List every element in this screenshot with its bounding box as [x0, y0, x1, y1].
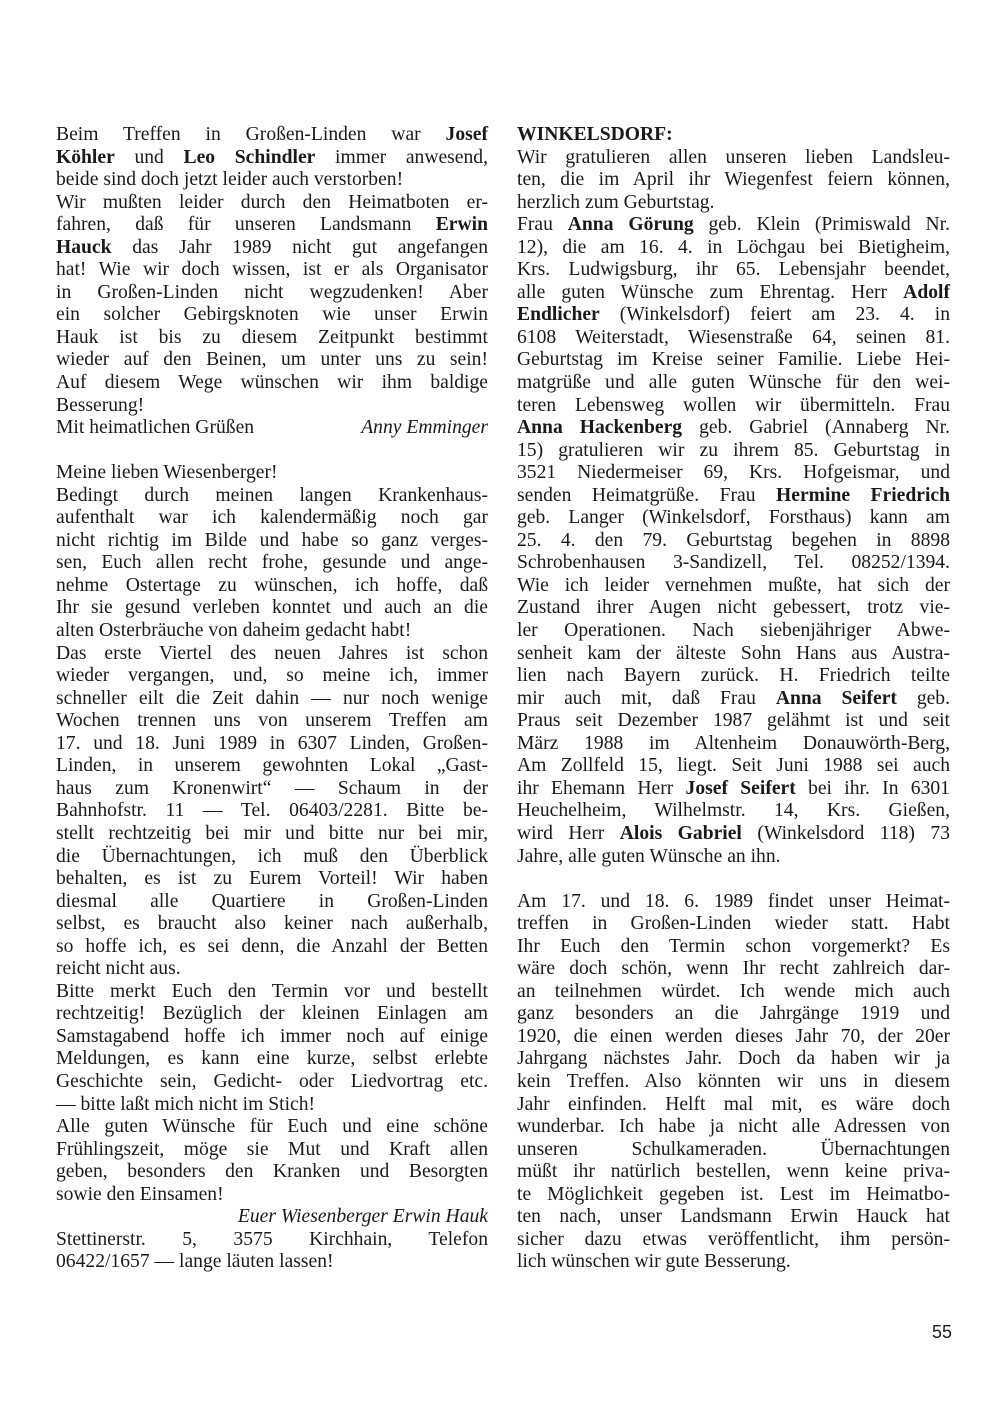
- text-line: senden Heimatgrüße. Frau Hermine Friedri…: [517, 485, 950, 508]
- text-line: müßt ihr natürlich bestellen, wenn keine…: [517, 1161, 950, 1184]
- text-line: März 1988 im Altenheim Donauwörth-Berg,: [517, 733, 950, 756]
- bold-name: Anna Seifert: [776, 688, 897, 709]
- text-run: Alle guten Wünsche für Euch und eine sch…: [56, 1116, 488, 1137]
- text-line: hat! Wie wir doch wissen, ist er als Org…: [56, 259, 488, 282]
- text-line: wieder auf den Beinen, um unter uns zu s…: [56, 349, 488, 372]
- salutation: Meine lieben Wiesenberger!: [56, 462, 488, 485]
- text-run: lien nach Bayern zurück. H. Friedrich te…: [517, 665, 950, 686]
- text-line: 25. 4. den 79. Geburtstag begehen in 889…: [517, 530, 950, 553]
- text-line: kein Treffen. Also könnten wir uns in di…: [517, 1071, 950, 1094]
- text-line: Geburtstag im Kreise seiner Familie. Lie…: [517, 349, 950, 372]
- text-run: Frühlingszeit, möge sie Mut und Kraft al…: [56, 1139, 488, 1160]
- text-line: Jahre, alle guten Wünsche an ihn.: [517, 846, 950, 869]
- text-run: teren Lebensweg wollen wir übermitteln. …: [517, 395, 950, 416]
- bold-name: Köhler: [56, 147, 115, 168]
- blank-line: [56, 440, 488, 463]
- text-run: ihr Ehemann Herr: [517, 778, 686, 799]
- text-line: sicher dazu etwas veröffentlicht, ihm pe…: [517, 1229, 950, 1252]
- text-run: Krs. Ludwigsburg, ihr 65. Lebensjahr bee…: [517, 259, 950, 280]
- text-run: ten nach, unser Landsmann Erwin Hauck ha…: [517, 1206, 950, 1227]
- text-line: lich wünschen wir gute Besserung.: [517, 1251, 950, 1274]
- text-run: alten Osterbräuche von daheim gedacht ha…: [56, 620, 411, 641]
- text-run: Meldungen, es kann eine kurze, selbst er…: [56, 1048, 488, 1069]
- text-run: wieder vergangen, und, so meine ich, imm…: [56, 665, 488, 686]
- text-run: geben, besonders den Kranken und Besorgt…: [56, 1161, 488, 1182]
- text-run: Jahre, alle guten Wünsche an ihn.: [517, 846, 781, 867]
- text-line: te Möglichkeit gegeben ist. Lest im Heim…: [517, 1184, 950, 1207]
- text-line: 1920, die einen werden dieses Jahr 70, d…: [517, 1026, 950, 1049]
- text-line: teren Lebensweg wollen wir übermitteln. …: [517, 395, 950, 418]
- text-run: wieder auf den Beinen, um unter uns zu s…: [56, 349, 488, 370]
- text-line: ihr Ehemann Herr Josef Seifert bei ihr. …: [517, 778, 950, 801]
- text-line: Besserung!: [56, 395, 488, 418]
- text-run: Bedingt durch meinen langen Krankenhaus-: [56, 485, 488, 506]
- text-run: Ihr Euch den Termin schon vorgemerkt? Es: [517, 936, 950, 957]
- text-run: reicht nicht aus.: [56, 958, 181, 979]
- text-line: unseren Schulkameraden. Übernachtungen: [517, 1139, 950, 1162]
- text-run: wird Herr: [517, 823, 620, 844]
- text-line: alle guten Wünsche zum Ehrentag. Herr Ad…: [517, 282, 950, 305]
- text-run: 12), die am 16. 4. in Löchgau bei Bietig…: [517, 237, 950, 258]
- text-line: Am 17. und 18. 6. 1989 findet unser Heim…: [517, 891, 950, 914]
- address-line-1: Stettinerstr. 5, 3575 Kirchhain, Telefon: [56, 1229, 488, 1252]
- blank-line: [517, 868, 950, 891]
- page-number: 55: [932, 1322, 952, 1343]
- right-column: WINKELSDORF: Wir gratulieren allen unser…: [517, 124, 950, 1274]
- text-run: kein Treffen. Also könnten wir uns in di…: [517, 1071, 950, 1092]
- text-run: Samstagabend hoffe ich immer noch auf ei…: [56, 1026, 488, 1047]
- text-run: sowie den Einsamen!: [56, 1184, 224, 1205]
- text-run: (Winkelsdord 118) 73: [742, 823, 950, 844]
- text-run: wäre doch schön, wenn Ihr recht zahlreic…: [517, 958, 950, 979]
- text-line: Alle guten Wünsche für Euch und eine sch…: [56, 1116, 488, 1139]
- text-line: 17. und 18. Juni 1989 in 6307 Linden, Gr…: [56, 733, 488, 756]
- text-line: Hauk ist bis zu diesem Zeitpunkt bestimm…: [56, 327, 488, 350]
- text-line: fahren, daß für unseren Landsmann Erwin: [56, 214, 488, 237]
- text-line: Wochen trennen uns von unserem Treffen a…: [56, 710, 488, 733]
- text-line: so hoffe ich, es sei denn, die Anzahl de…: [56, 936, 488, 959]
- bold-name: Erwin: [436, 214, 488, 235]
- text-run: rechtzeitig! Bezüglich der kleinen Einla…: [56, 1003, 488, 1024]
- text-run: Ihr sie gesund verleben konntet und auch…: [56, 597, 488, 618]
- bold-name: Josef: [446, 124, 488, 145]
- text-line: Jahrgang nächstes Jahr. Doch da haben wi…: [517, 1048, 950, 1071]
- text-line: die Übernachtungen, ich muß den Überblic…: [56, 846, 488, 869]
- bold-name: Josef Seifert: [686, 778, 796, 799]
- reunion-announcement: Am 17. und 18. 6. 1989 findet unser Heim…: [517, 891, 950, 1274]
- text-run: Beim Treffen in Großen-Linden war: [56, 124, 446, 145]
- text-run: geb. Klein (Primiswald Nr.: [694, 214, 950, 235]
- text-run: alle guten Wünsche zum Ehrentag. Herr: [517, 282, 903, 303]
- bold-name: Alois Gabriel: [620, 823, 742, 844]
- text-line: Linden, in unserem gewohnten Lokal „Gast…: [56, 755, 488, 778]
- text-run: in Großen-Linden nicht wegzudenken! Aber: [56, 282, 488, 303]
- text-line: Geschichte sein, Gedicht- oder Liedvortr…: [56, 1071, 488, 1094]
- text-line: nehme Ostertage zu wünschen, ich hoffe, …: [56, 575, 488, 598]
- letter-hauk: Bedingt durch meinen langen Krankenhaus-…: [56, 485, 488, 1207]
- text-line: in Großen-Linden nicht wegzudenken! Aber: [56, 282, 488, 305]
- bold-name: Endlicher: [517, 304, 600, 325]
- text-run: ein solcher Gebirgsknoten wie unser Erwi…: [56, 304, 488, 325]
- text-run: sen, Euch allen recht frohe, gesunde und…: [56, 552, 488, 573]
- text-run: behalten, es ist zu Eurem Vorteil! Wir h…: [56, 868, 488, 889]
- text-line: wird Herr Alois Gabriel (Winkelsdord 118…: [517, 823, 950, 846]
- text-line: herzlich zum Geburtstag.: [517, 192, 950, 215]
- text-run: Wir mußten leider durch den Heimatboten …: [56, 192, 488, 213]
- text-run: ten, die im April ihr Wiegenfest feiern …: [517, 169, 950, 190]
- address-line-2: 06422/1657 — lange läuten lassen!: [56, 1251, 488, 1274]
- text-run: Hauk ist bis zu diesem Zeitpunkt bestimm…: [56, 327, 488, 348]
- text-line: Jahr einfinden. Helft mal mit, es wäre d…: [517, 1094, 950, 1117]
- text-run: 3521 Niedermeiser 69, Krs. Hofgeismar, u…: [517, 462, 950, 483]
- text-run: lich wünschen wir gute Besserung.: [517, 1251, 791, 1272]
- text-line: — bitte laßt mich nicht im Stich!: [56, 1094, 488, 1117]
- text-run: Jahrgang nächstes Jahr. Doch da haben wi…: [517, 1048, 950, 1069]
- text-line: Endlicher (Winkelsdorf) feiert am 23. 4.…: [517, 304, 950, 327]
- text-line: behalten, es ist zu Eurem Vorteil! Wir h…: [56, 868, 488, 891]
- text-run: treffen in Großen-Linden wieder statt. H…: [517, 913, 950, 934]
- text-run: mir auch mit, daß Frau: [517, 688, 776, 709]
- text-line: ganz besonders an die Jahrgänge 1919 und: [517, 1003, 950, 1026]
- text-run: selbst, es braucht also keiner nach auße…: [56, 913, 488, 934]
- text-run: — bitte laßt mich nicht im Stich!: [56, 1094, 315, 1115]
- text-run: senden Heimatgrüße. Frau: [517, 485, 776, 506]
- text-run: nehme Ostertage zu wünschen, ich hoffe, …: [56, 575, 488, 596]
- birthday-greetings: Wir gratulieren allen unseren lieben Lan…: [517, 147, 950, 869]
- text-line: wunderbar. Ich habe ja nicht alle Adress…: [517, 1116, 950, 1139]
- text-line: Ihr Euch den Termin schon vorgemerkt? Es: [517, 936, 950, 959]
- text-run: so hoffe ich, es sei denn, die Anzahl de…: [56, 936, 488, 957]
- text-run: Wie ich leider vernehmen mußte, hat sich…: [517, 575, 950, 596]
- bold-name: Adolf: [903, 282, 950, 303]
- text-line: Auf diesem Wege wünschen wir ihm baldige: [56, 372, 488, 395]
- text-line: nicht richtig im Bilde und habe so ganz …: [56, 530, 488, 553]
- text-line: sowie den Einsamen!: [56, 1184, 488, 1207]
- text-run: 15) gratulieren wir zu ihrem 85. Geburts…: [517, 440, 950, 461]
- text-line: Ihr sie gesund verleben konntet und auch…: [56, 597, 488, 620]
- text-line: haus zum Kronenwirt“ — Schaum in der: [56, 778, 488, 801]
- bold-name: Hauck: [56, 237, 112, 258]
- text-line: Wir gratulieren allen unseren lieben Lan…: [517, 147, 950, 170]
- text-line: alten Osterbräuche von daheim gedacht ha…: [56, 620, 488, 643]
- text-line: selbst, es braucht also keiner nach auße…: [56, 913, 488, 936]
- text-line: Das erste Viertel des neuen Jahres ist s…: [56, 643, 488, 666]
- text-line: 12), die am 16. 4. in Löchgau bei Bietig…: [517, 237, 950, 260]
- text-line: Frühlingszeit, möge sie Mut und Kraft al…: [56, 1139, 488, 1162]
- text-run: 25. 4. den 79. Geburtstag begehen in 889…: [517, 530, 950, 551]
- text-line: aufenthalt war ich kalendermäßig noch ga…: [56, 507, 488, 530]
- text-run: Am 17. und 18. 6. 1989 findet unser Heim…: [517, 891, 950, 912]
- closing-line: Mit heimatlichen Grüßen Anny Emminger: [56, 417, 488, 440]
- text-run: ganz besonders an die Jahrgänge 1919 und: [517, 1003, 950, 1024]
- text-run: wunderbar. Ich habe ja nicht alle Adress…: [517, 1116, 950, 1137]
- text-line: Samstagabend hoffe ich immer noch auf ei…: [56, 1026, 488, 1049]
- text-line: Köhler und Leo Schindler immer anwesend,: [56, 147, 488, 170]
- text-line: Wie ich leider vernehmen mußte, hat sich…: [517, 575, 950, 598]
- text-run: Bahnhofstr. 11 — Tel. 06403/2281. Bitte …: [56, 800, 488, 821]
- text-run: und: [115, 147, 184, 168]
- text-run: Schrobenhausen 3-Sandizell, Tel. 08252/1…: [517, 552, 950, 573]
- text-line: geben, besonders den Kranken und Besorgt…: [56, 1161, 488, 1184]
- text-run: Das erste Viertel des neuen Jahres ist s…: [56, 643, 488, 664]
- text-line: wieder vergangen, und, so meine ich, imm…: [56, 665, 488, 688]
- text-line: 15) gratulieren wir zu ihrem 85. Geburts…: [517, 440, 950, 463]
- text-run: müßt ihr natürlich bestellen, wenn keine…: [517, 1161, 950, 1182]
- text-run: Praus seit Dezember 1987 gelähmt ist und…: [517, 710, 950, 731]
- text-line: ler Operationen. Nach siebenjähriger Abw…: [517, 620, 950, 643]
- text-run: matgrüße und alle guten Wünsche für den …: [517, 372, 950, 393]
- text-run: die Übernachtungen, ich muß den Überblic…: [56, 846, 488, 867]
- text-line: Heuchelheim, Wilhelmstr. 14, Krs. Gießen…: [517, 800, 950, 823]
- text-line: matgrüße und alle guten Wünsche für den …: [517, 372, 950, 395]
- text-line: schneller eilt die Zeit dahin — nur noch…: [56, 688, 488, 711]
- text-line: Am Zollfeld 15, liegt. Seit Juni 1988 se…: [517, 755, 950, 778]
- text-run: schneller eilt die Zeit dahin — nur noch…: [56, 688, 488, 709]
- signature-hauk: Euer Wiesenberger Erwin Hauk: [56, 1206, 488, 1229]
- closing-text: Mit heimatlichen Grüßen: [56, 417, 254, 440]
- text-line: Praus seit Dezember 1987 gelähmt ist und…: [517, 710, 950, 733]
- text-line: mir auch mit, daß Frau Anna Seifert geb.: [517, 688, 950, 711]
- document-page: Beim Treffen in Großen-Linden war JosefK…: [0, 0, 1000, 1413]
- text-run: Besserung!: [56, 395, 144, 416]
- text-run: Wochen trennen uns von unserem Treffen a…: [56, 710, 488, 731]
- text-run: sicher dazu etwas veröffentlicht, ihm pe…: [517, 1229, 950, 1250]
- text-run: März 1988 im Altenheim Donauwörth-Berg,: [517, 733, 950, 754]
- bold-name: Anna Hackenberg: [517, 417, 682, 438]
- text-run: (Winkelsdorf) feiert am 23. 4. in: [600, 304, 950, 325]
- text-run: Geburtstag im Kreise seiner Familie. Lie…: [517, 349, 950, 370]
- text-run: Frau: [517, 214, 568, 235]
- section-heading: WINKELSDORF:: [517, 124, 950, 147]
- text-run: te Möglichkeit gegeben ist. Lest im Heim…: [517, 1184, 950, 1205]
- text-line: beide sind doch jetzt leider auch versto…: [56, 169, 488, 192]
- text-line: an teilnehmen würdet. Ich wende mich auc…: [517, 981, 950, 1004]
- text-line: Zustand ihrer Augen nicht gebessert, tro…: [517, 597, 950, 620]
- text-line: Beim Treffen in Großen-Linden war Josef: [56, 124, 488, 147]
- text-line: ein solcher Gebirgsknoten wie unser Erwi…: [56, 304, 488, 327]
- text-line: diesmal alle Quartiere in Großen-Linden: [56, 891, 488, 914]
- text-run: Linden, in unserem gewohnten Lokal „Gast…: [56, 755, 488, 776]
- bold-name: Hermine Friedrich: [776, 485, 950, 506]
- text-run: geb.: [897, 688, 950, 709]
- text-run: das Jahr 1989 nicht gut angefangen: [112, 237, 488, 258]
- text-run: ler Operationen. Nach siebenjähriger Abw…: [517, 620, 950, 641]
- text-line: treffen in Großen-Linden wieder statt. H…: [517, 913, 950, 936]
- text-line: Schrobenhausen 3-Sandizell, Tel. 08252/1…: [517, 552, 950, 575]
- text-run: an teilnehmen würdet. Ich wende mich auc…: [517, 981, 950, 1002]
- text-run: unseren Schulkameraden. Übernachtungen: [517, 1139, 950, 1160]
- text-run: geb. Gabriel (Annaberg Nr.: [682, 417, 950, 438]
- bold-name: Anna Görung: [568, 214, 694, 235]
- text-run: nicht richtig im Bilde und habe so ganz …: [56, 530, 488, 551]
- text-line: Bitte merkt Euch den Termin vor und best…: [56, 981, 488, 1004]
- text-run: fahren, daß für unseren Landsmann: [56, 214, 436, 235]
- text-run: immer anwesend,: [315, 147, 488, 168]
- text-line: Wir mußten leider durch den Heimatboten …: [56, 192, 488, 215]
- text-run: Am Zollfeld 15, liegt. Seit Juni 1988 se…: [517, 755, 950, 776]
- text-line: Bahnhofstr. 11 — Tel. 06403/2281. Bitte …: [56, 800, 488, 823]
- text-run: 6108 Weiterstadt, Wiesenstraße 64, seine…: [517, 327, 950, 348]
- text-line: Anna Hackenberg geb. Gabriel (Annaberg N…: [517, 417, 950, 440]
- text-run: bei ihr. In 6301: [796, 778, 950, 799]
- text-line: Frau Anna Görung geb. Klein (Primiswald …: [517, 214, 950, 237]
- text-run: herzlich zum Geburtstag.: [517, 192, 715, 213]
- text-line: Krs. Ludwigsburg, ihr 65. Lebensjahr bee…: [517, 259, 950, 282]
- text-line: wäre doch schön, wenn Ihr recht zahlreic…: [517, 958, 950, 981]
- text-line: Hauck das Jahr 1989 nicht gut angefangen: [56, 237, 488, 260]
- text-run: Heuchelheim, Wilhelmstr. 14, Krs. Gießen…: [517, 800, 950, 821]
- text-run: Zustand ihrer Augen nicht gebessert, tro…: [517, 597, 950, 618]
- text-line: geb. Langer (Winkelsdorf, Forsthaus) kan…: [517, 507, 950, 530]
- text-line: ten, die im April ihr Wiegenfest feiern …: [517, 169, 950, 192]
- text-run: stellt rechtzeitig bei mir und bitte nur…: [56, 823, 488, 844]
- text-run: Bitte merkt Euch den Termin vor und best…: [56, 981, 488, 1002]
- text-run: Jahr einfinden. Helft mal mit, es wäre d…: [517, 1094, 950, 1115]
- text-run: beide sind doch jetzt leider auch versto…: [56, 169, 403, 190]
- text-line: sen, Euch allen recht frohe, gesunde und…: [56, 552, 488, 575]
- text-line: senheit kam der älteste Sohn Hans aus Au…: [517, 643, 950, 666]
- text-run: senheit kam der älteste Sohn Hans aus Au…: [517, 643, 950, 664]
- signature-emminger: Anny Emminger: [361, 417, 488, 440]
- text-line: 6108 Weiterstadt, Wiesenstraße 64, seine…: [517, 327, 950, 350]
- text-line: rechtzeitig! Bezüglich der kleinen Einla…: [56, 1003, 488, 1026]
- text-line: reicht nicht aus.: [56, 958, 488, 981]
- text-run: hat! Wie wir doch wissen, ist er als Org…: [56, 259, 488, 280]
- text-run: Geschichte sein, Gedicht- oder Liedvortr…: [56, 1071, 488, 1092]
- text-line: lien nach Bayern zurück. H. Friedrich te…: [517, 665, 950, 688]
- text-run: geb. Langer (Winkelsdorf, Forsthaus) kan…: [517, 507, 950, 528]
- text-run: haus zum Kronenwirt“ — Schaum in der: [56, 778, 488, 799]
- text-run: aufenthalt war ich kalendermäßig noch ga…: [56, 507, 488, 528]
- text-run: 1920, die einen werden dieses Jahr 70, d…: [517, 1026, 950, 1047]
- text-run: diesmal alle Quartiere in Großen-Linden: [56, 891, 488, 912]
- text-line: Meldungen, es kann eine kurze, selbst er…: [56, 1048, 488, 1071]
- text-run: Wir gratulieren allen unseren lieben Lan…: [517, 147, 950, 168]
- text-line: stellt rechtzeitig bei mir und bitte nur…: [56, 823, 488, 846]
- letter-emminger: Beim Treffen in Großen-Linden war JosefK…: [56, 124, 488, 417]
- bold-name: Leo Schindler: [184, 147, 316, 168]
- left-column: Beim Treffen in Großen-Linden war JosefK…: [56, 124, 488, 1274]
- text-line: ten nach, unser Landsmann Erwin Hauck ha…: [517, 1206, 950, 1229]
- text-line: Bedingt durch meinen langen Krankenhaus-: [56, 485, 488, 508]
- text-line: 3521 Niedermeiser 69, Krs. Hofgeismar, u…: [517, 462, 950, 485]
- text-run: Auf diesem Wege wünschen wir ihm baldige: [56, 372, 488, 393]
- text-run: 17. und 18. Juni 1989 in 6307 Linden, Gr…: [56, 733, 488, 754]
